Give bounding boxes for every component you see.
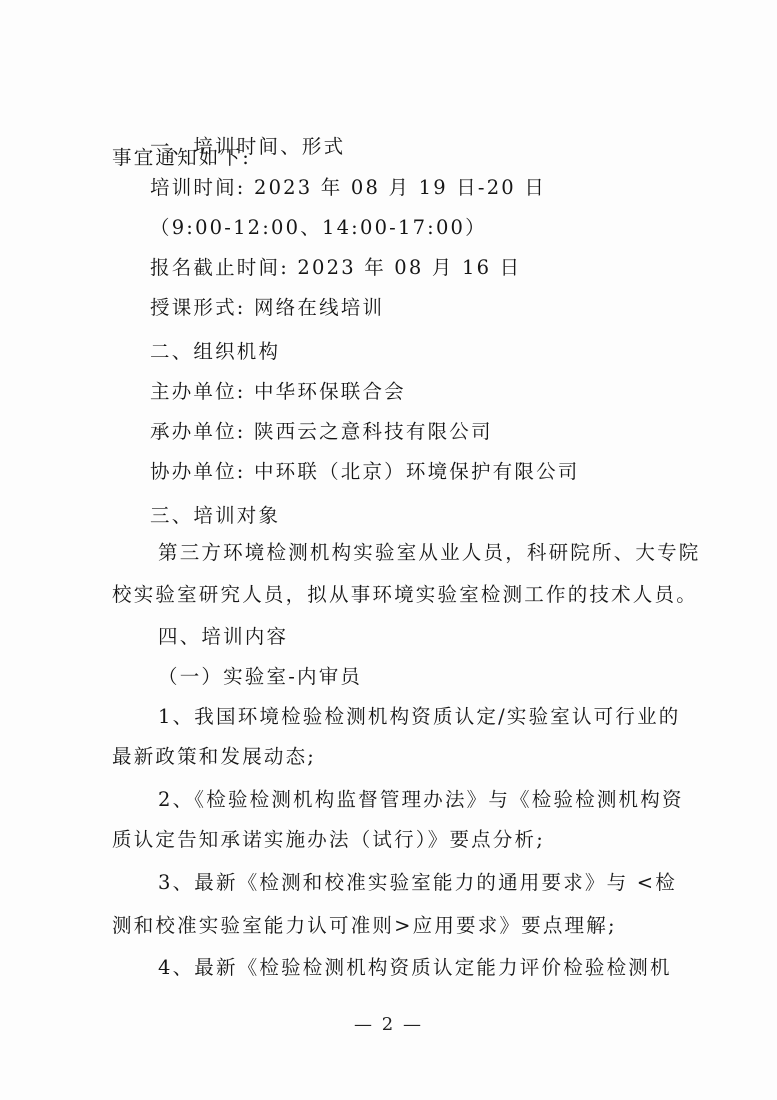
subsection-heading-1: （一）实验室-内审员 [158,665,362,689]
page-number: — 2 — [0,1014,777,1035]
content-item-1-line-2: 最新政策和发展动态; [112,745,316,769]
content-item-2-line-1: 2、《检验检测机构监督管理办法》与《检验检测机构资 [158,788,684,812]
training-time: 培训时间: 2023 年 08 月 19 日-20 日 [150,176,546,200]
section-heading-1: 一、培训时间、形式 [150,135,345,159]
host-organization: 主办单位: 中华环保联合会 [150,380,406,404]
registration-deadline: 报名截止时间: 2023 年 08 月 16 日 [150,256,521,280]
content-item-1-line-1: 1、我国环境检验检测机构资质认定/实验室认可行业的 [158,705,680,729]
content-item-3-line-2: 测和校准实验室能力认可准则>应用要求》要点理解; [112,914,617,938]
content-item-3-line-1: 3、最新《检测和校准实验室能力的通用要求》与 <检 [158,871,677,895]
content-item-4-line-1: 4、最新《检验检测机构资质认定能力评价检验检测机 [158,956,672,980]
section-heading-3: 三、培训对象 [150,504,280,528]
audience-paragraph-line-1: 第三方环境检测机构实验室从业人员，科研院所、大专院 [158,541,701,565]
content-item-2-line-2: 质认定告知承诺实施办法（试行）》要点分析; [112,828,545,852]
audience-paragraph-line-2: 校实验室研究人员，拟从事环境实验室检测工作的技术人员。 [112,583,698,607]
section-heading-4: 四、培训内容 [158,625,288,649]
training-hours: （9:00-12:00、14:00-17:00） [150,216,487,240]
organizer: 承办单位: 陕西云之意科技有限公司 [150,420,493,444]
co-organizer: 协办单位: 中环联（北京）环境保护有限公司 [150,460,579,484]
document-page: 事宜通知如下: 一、培训时间、形式 培训时间: 2023 年 08 月 19 日… [0,0,777,1100]
teaching-format: 授课形式: 网络在线培训 [150,296,384,320]
section-heading-2: 二、组织机构 [150,340,280,364]
